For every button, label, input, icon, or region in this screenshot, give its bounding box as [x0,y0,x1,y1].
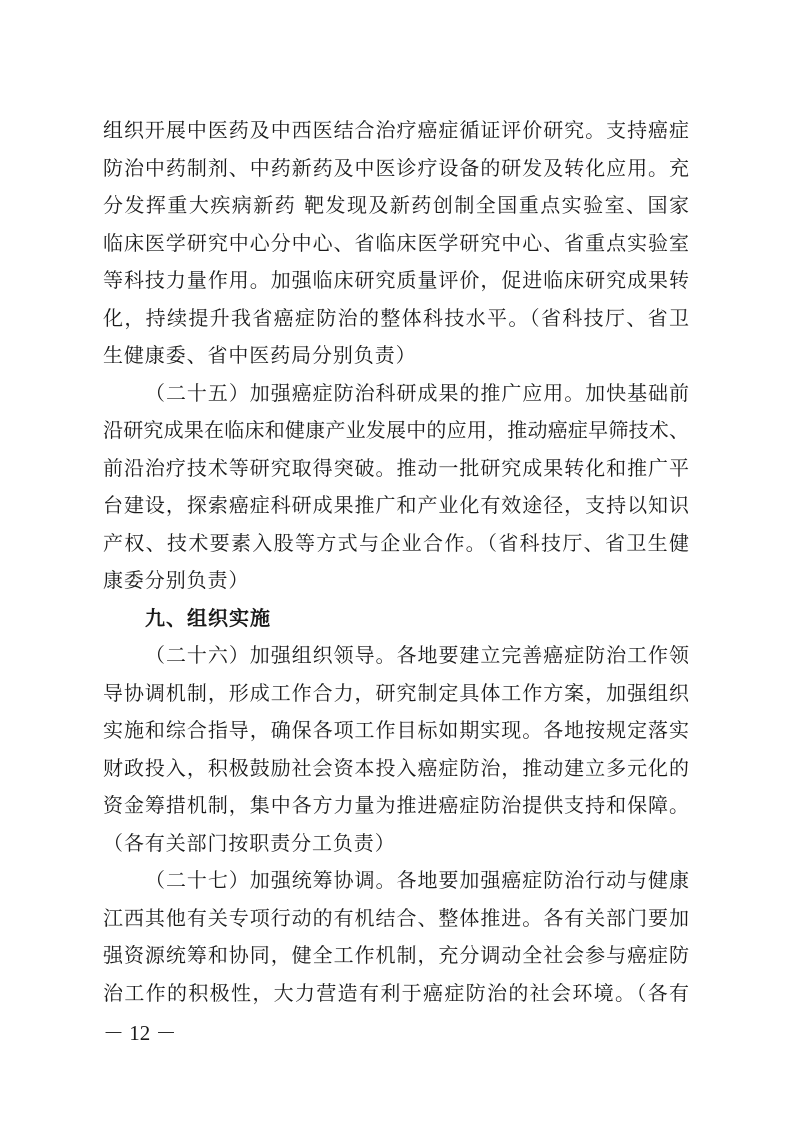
text-line: 化，持续提升我省癌症防治的整体科技水平。（省科技厅、省卫 [103,303,689,333]
page-number: － 12 － [103,1020,177,1046]
text-line: 生健康委、省中医药局分别负责） [103,340,689,370]
text-line: 强资源统筹和协同，健全工作机制，充分调动全社会参与癌症防 [103,940,689,970]
text-line: 治工作的积极性，大力营造有利于癌症防治的社会环境。（各有 [103,978,689,1008]
text-line: 江西其他有关专项行动的有机结合、整体推进。各有关部门要加 [103,903,689,933]
section-heading: 九、组织实施 [145,603,271,633]
text-line: 临床医学研究中心分中心、省临床医学研究中心、省重点实验室 [103,228,689,258]
text-line: 资金筹措机制，集中各方力量为推进癌症防治提供支持和保障。 [103,790,689,820]
text-line: 防治中药制剂、中药新药及中医诊疗设备的研发及转化应用。充 [103,153,689,183]
text-line: 等科技力量作用。加强临床研究质量评价，促进临床研究成果转 [103,265,689,295]
text-line: 组织开展中医药及中西医结合治疗癌症循证评价研究。支持癌症 [103,115,689,145]
text-line: 前沿治疗技术等研究取得突破。推动一批研究成果转化和推广平 [103,453,689,483]
text-line: 实施和综合指导，确保各项工作目标如期实现。各地按规定落实 [103,715,689,745]
text-line: （二十七）加强统筹协调。各地要加强癌症防治行动与健康 [145,865,689,895]
text-line: 财政投入，积极鼓励社会资本投入癌症防治，推动建立多元化的 [103,753,689,783]
text-line: 康委分别负责） [103,565,689,595]
text-line: 分发挥重大疾病新药 靶发现及新药创制全国重点实验室、国家 [103,190,689,220]
text-line: （二十五）加强癌症防治科研成果的推广应用。加快基础前 [145,378,689,408]
text-line: 沿研究成果在临床和健康产业发展中的应用，推动癌症早筛技术、 [103,415,689,445]
text-line: （二十六）加强组织领导。各地要建立完善癌症防治工作领 [145,640,689,670]
text-line: 导协调机制，形成工作合力，研究制定具体工作方案，加强组织 [103,678,689,708]
text-line: 台建设，探索癌症科研成果推广和产业化有效途径，支持以知识 [103,490,689,520]
text-line: 产权、技术要素入股等方式与企业合作。（省科技厅、省卫生健 [103,528,689,558]
document-page: 组织开展中医药及中西医结合治疗癌症循证评价研究。支持癌症防治中药制剂、中药新药及… [0,0,793,1122]
text-line: （各有关部门按职责分工负责） [103,828,689,858]
